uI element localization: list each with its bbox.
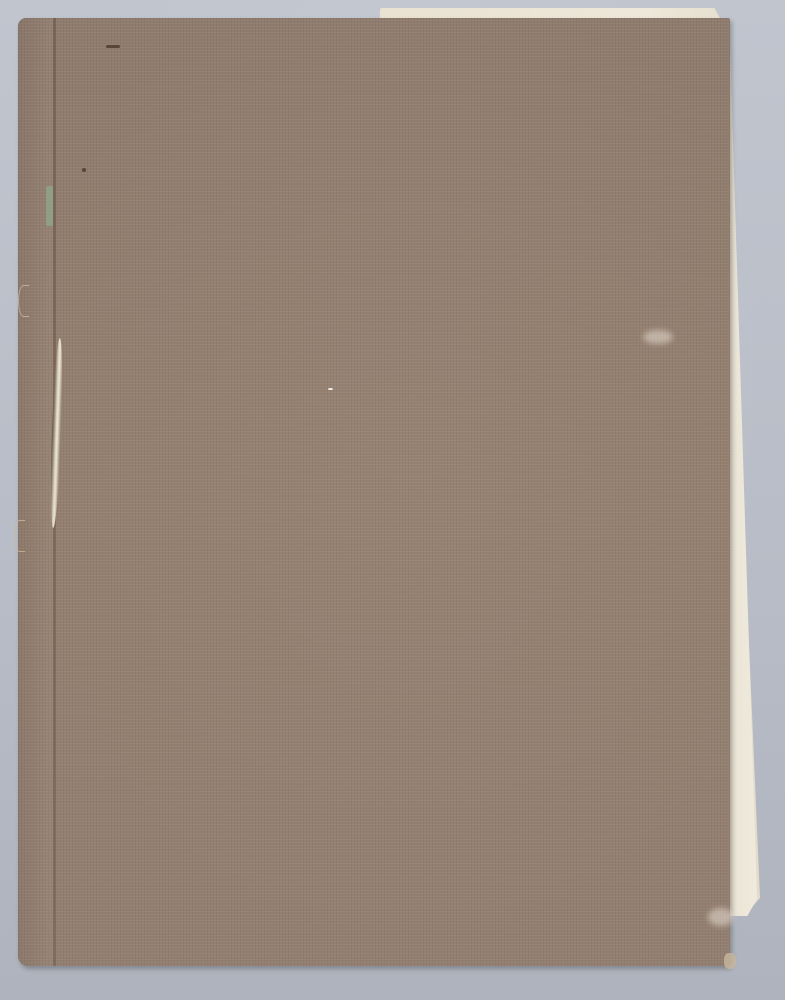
loose-thread <box>14 520 25 552</box>
cover-mark <box>106 45 120 48</box>
cover-fleck <box>328 388 333 390</box>
spine-strip <box>18 18 53 966</box>
loose-thread <box>18 285 29 317</box>
book-cover <box>18 18 730 966</box>
cover-corner-wear <box>724 953 736 969</box>
cover-scuff <box>643 330 673 344</box>
spine-green-wear <box>46 186 53 226</box>
cover-scuff <box>708 908 734 926</box>
cover-spot <box>82 168 86 172</box>
